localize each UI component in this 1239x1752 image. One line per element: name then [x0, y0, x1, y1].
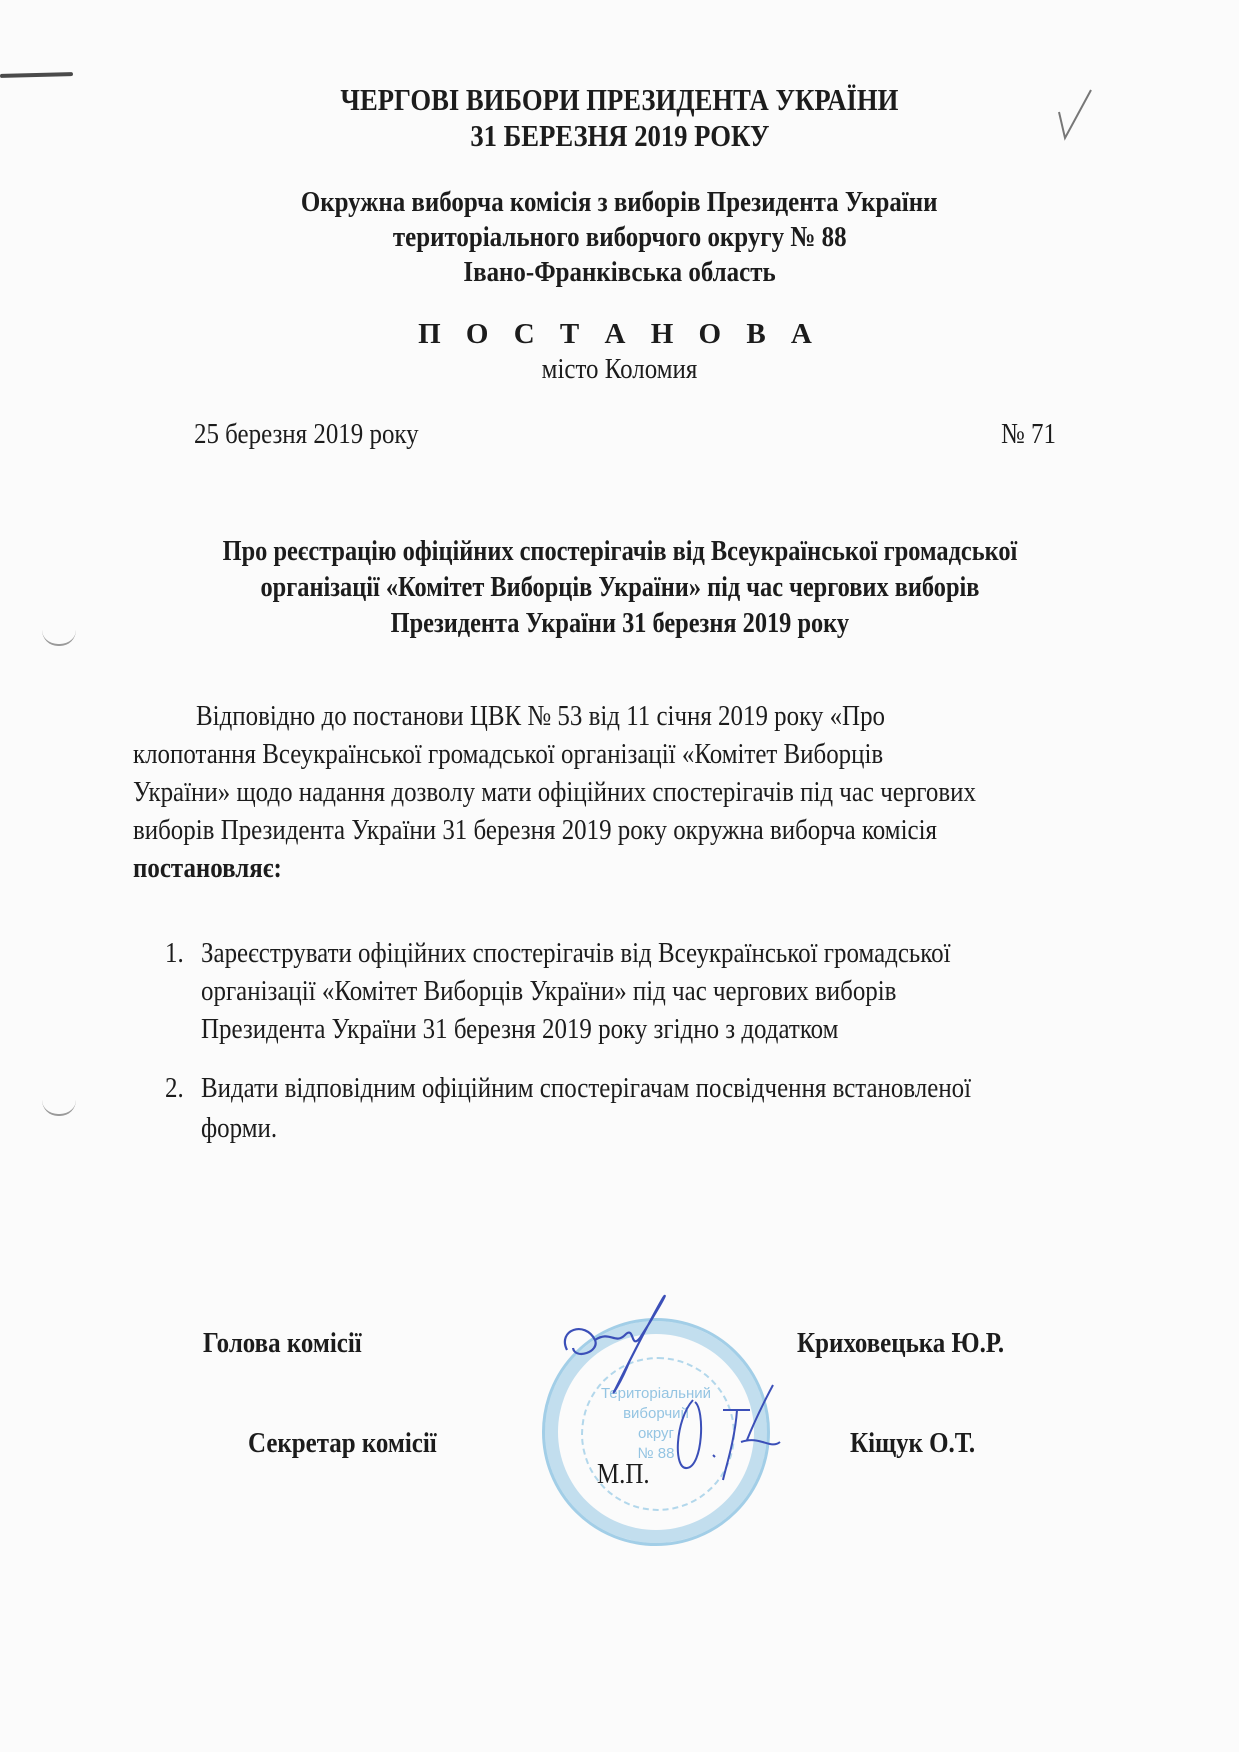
election-title: ЧЕРГОВІ ВИБОРИ ПРЕЗИДЕНТА УКРАЇНИ — [0, 82, 1239, 118]
commission-region: Івано-Франківська область — [0, 256, 1239, 289]
secretary-title: Секретар комісії — [248, 1427, 467, 1460]
scan-mark-line — [0, 72, 73, 78]
seal-place-label: М.П. — [597, 1458, 658, 1491]
item-text: Президента України 31 березня 2019 року … — [201, 1013, 942, 1046]
secretary-name: Кіщук О.Т. — [850, 1427, 996, 1460]
election-date: 31 БЕРЕЗНЯ 2019 РОКУ — [0, 118, 1239, 154]
item-text: Зареєструвати офіційних спостерігачів ві… — [201, 937, 1073, 970]
subject-line: Президента України 31 березня 2019 року — [0, 607, 1239, 640]
chair-signature — [555, 1290, 675, 1400]
preamble-line: клопотання Всеукраїнської громадської ор… — [133, 738, 1005, 771]
punch-hole-mark — [42, 1100, 76, 1116]
document-date: 25 березня 2019 року — [194, 418, 455, 451]
preamble-line: України» щодо надання дозволу мати офіці… — [133, 776, 1113, 809]
preamble-line: виборів Президента України 31 березня 20… — [133, 814, 1068, 847]
item-number: 1. — [165, 937, 187, 970]
preamble-line: Відповідно до постанови ЦВК № 53 від 11 … — [196, 700, 997, 733]
item-text: форми. — [201, 1112, 289, 1145]
item-text: Видати відповідним офіційним спостерігач… — [201, 1072, 1096, 1105]
subject-line: організації «Комітет Виборців України» п… — [0, 571, 1239, 604]
document-number: № 71 — [1001, 418, 1065, 451]
commission-district: територіального виборчого округу № 88 — [0, 221, 1239, 254]
subject-line: Про реєстрацію офіційних спостерігачів в… — [0, 535, 1239, 568]
commission-name: Окружна виборча комісія з виборів Презид… — [0, 186, 1239, 219]
document-type: П О С Т А Н О В А — [0, 318, 1239, 351]
item-text: організації «Комітет Виборців України» п… — [201, 975, 1010, 1008]
chair-title: Голова комісії — [203, 1327, 388, 1360]
chair-name: Криховецька Ю.Р. — [797, 1327, 1038, 1360]
document-city: місто Коломия — [0, 353, 1239, 386]
resolves-keyword: постановляє: — [133, 852, 306, 885]
secretary-signature — [665, 1380, 785, 1490]
item-number: 2. — [165, 1072, 187, 1105]
